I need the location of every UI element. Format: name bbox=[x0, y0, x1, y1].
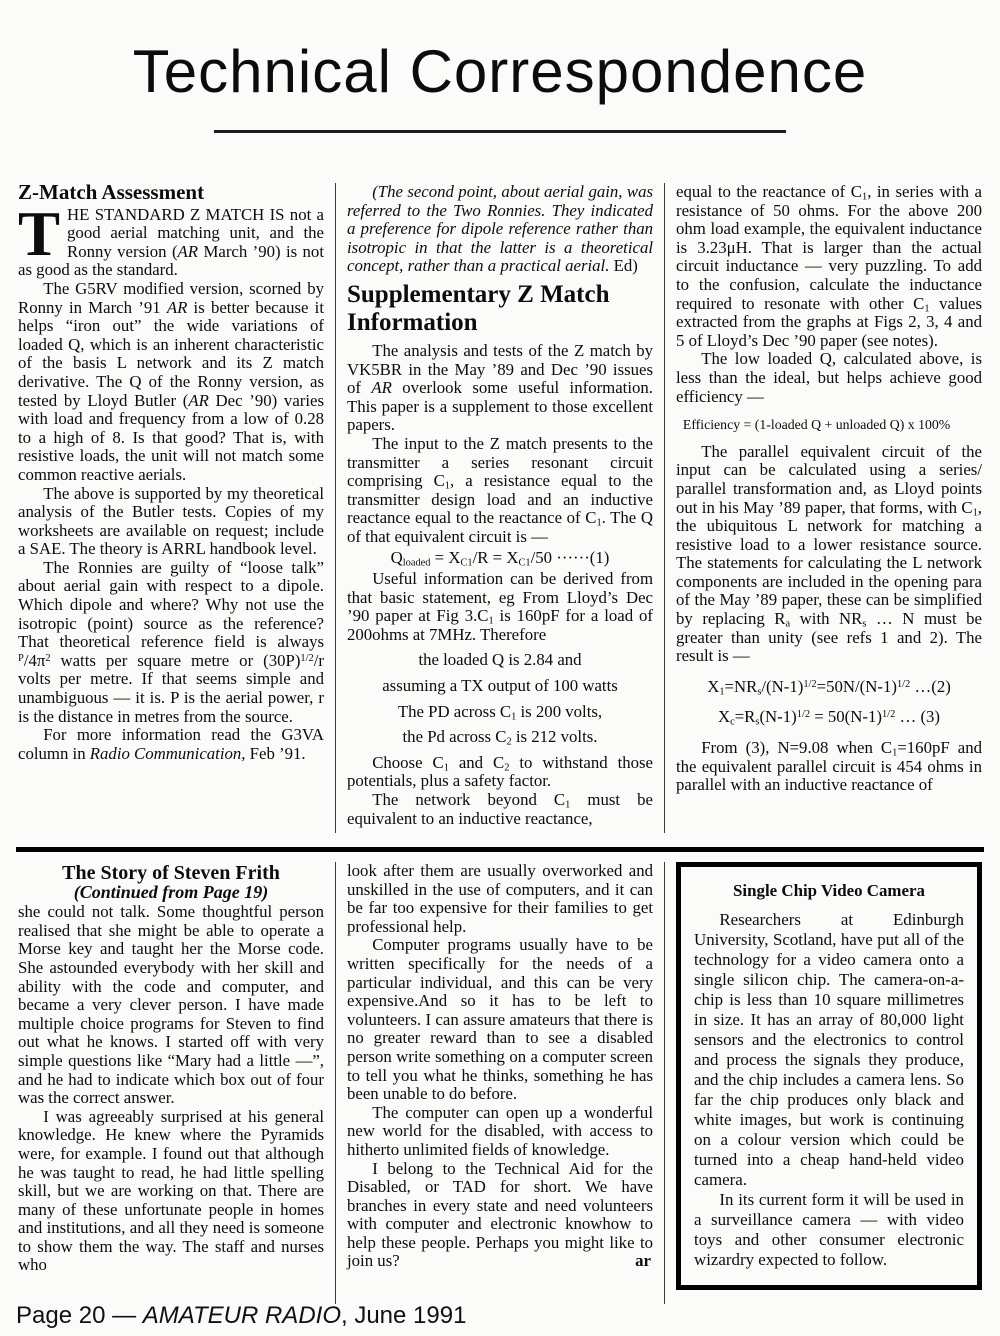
centered-line: assuming a TX output of 100 watts bbox=[347, 677, 653, 696]
editor-note: (The second point, about aerial gain, wa… bbox=[347, 183, 653, 276]
continued-note: (Continued from Page 19) bbox=[18, 883, 324, 902]
paragraph: I was agreeably surprised at his general… bbox=[18, 1108, 324, 1275]
article-heading-frith: The Story of Steven Frith bbox=[18, 864, 324, 883]
paragraph: The G5RV modified version, scorned by Ro… bbox=[18, 280, 324, 485]
page-title: Technical Correspondence bbox=[0, 40, 1000, 103]
article-heading-camera: Single Chip Video Camera bbox=[694, 881, 964, 901]
section-divider-rule bbox=[16, 847, 984, 852]
centered-line: The PD across C1 is 200 volts, bbox=[347, 703, 653, 722]
paragraph: The network beyond C1 must be equivalent… bbox=[347, 791, 653, 828]
paragraph: look after them are usually overworked a… bbox=[347, 862, 653, 936]
equation-3: Xc=Rs(N-1)1/2 = 50(N-1)1/2 … (3) bbox=[676, 708, 982, 727]
paragraph: The computer can open up a wonderful new… bbox=[347, 1104, 653, 1160]
column-zmatch: Z-Match Assessment THE STANDARD Z MATCH … bbox=[16, 183, 335, 833]
column-camera: Single Chip Video Camera Researchers at … bbox=[664, 862, 984, 1304]
column-tad: look after them are usually overworked a… bbox=[335, 862, 664, 1304]
article-heading-supplementary: Supplementary Z Match Information bbox=[347, 281, 653, 337]
camera-box: Single Chip Video Camera Researchers at … bbox=[676, 862, 982, 1290]
paragraph: For more information read the G3VA colum… bbox=[18, 726, 324, 763]
paragraph: In its current form it will be used in a… bbox=[694, 1190, 964, 1270]
paragraph: Researchers at Edinburgh University, Sco… bbox=[694, 910, 964, 1190]
column-frith: The Story of Steven Frith (Continued fro… bbox=[16, 862, 335, 1304]
page-footer: Page 20 — AMATEUR RADIO, June 1991 bbox=[16, 1302, 466, 1330]
paragraph: she could not talk. Some thoughtful pers… bbox=[18, 903, 324, 1108]
paragraph: The input to the Z match presents to the… bbox=[347, 435, 653, 547]
equation-2: X1=NRs/(N-1)1/2=50N/(N-1)1/2 …(2) bbox=[676, 678, 982, 697]
magazine-page: Technical Correspondence Z-Match Assessm… bbox=[0, 40, 1000, 1304]
top-section: Z-Match Assessment THE STANDARD Z MATCH … bbox=[0, 183, 1000, 833]
title-rule bbox=[214, 130, 786, 133]
paragraph: THE STANDARD Z MATCH IS not a good aeria… bbox=[18, 206, 324, 280]
paragraph: equal to the reactance of C1, in series … bbox=[676, 183, 982, 350]
centered-line: the Pd across C2 is 212 volts. bbox=[347, 728, 653, 747]
paragraph: From (3), N=9.08 when C1=160pF and the e… bbox=[676, 739, 982, 795]
paragraph: I belong to the Technical Aid for the Di… bbox=[347, 1160, 653, 1272]
centered-line: the loaded Q is 2.84 and bbox=[347, 651, 653, 670]
paragraph: The Ronnies are guilty of “loose talk” a… bbox=[18, 559, 324, 726]
paragraph: Choose C1 and C2 to withstand those pote… bbox=[347, 754, 653, 791]
article-heading-zmatch: Z-Match Assessment bbox=[18, 183, 324, 202]
equation-1: Qloaded = XC1/R = XC1/50 ······(1) bbox=[347, 549, 653, 568]
column-supplementary: (The second point, about aerial gain, wa… bbox=[335, 183, 664, 833]
paragraph: The low loaded Q, calculated above, is l… bbox=[676, 350, 982, 406]
efficiency-formula: Efficiency = (1-loaded Q + unloaded Q) x… bbox=[676, 416, 982, 435]
paragraph: The parallel equivalent circuit of the i… bbox=[676, 443, 982, 666]
paragraph: The analysis and tests of the Z match by… bbox=[347, 342, 653, 435]
paragraph: Computer programs usually have to be wri… bbox=[347, 936, 653, 1103]
drop-cap: T bbox=[18, 206, 67, 259]
column-continuation: equal to the reactance of C1, in series … bbox=[664, 183, 984, 833]
paragraph: The above is supported by my theoretical… bbox=[18, 485, 324, 559]
paragraph: Useful information can be derived from t… bbox=[347, 570, 653, 644]
bottom-section: The Story of Steven Frith (Continued fro… bbox=[0, 862, 1000, 1304]
paragraph-text: I belong to the Technical Aid for the Di… bbox=[347, 1159, 653, 1271]
end-of-article-marker: ar bbox=[610, 1252, 651, 1271]
